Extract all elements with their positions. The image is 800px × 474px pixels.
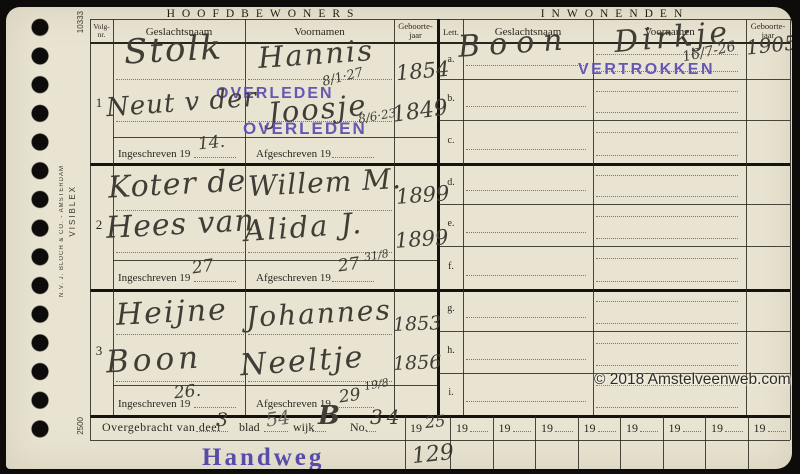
year-handwritten: 1849 bbox=[391, 97, 450, 127]
street-stamp: Handweg bbox=[202, 445, 324, 469]
rule bbox=[620, 415, 621, 469]
transfer-label-wijk: wijk bbox=[293, 420, 314, 435]
dotted-line bbox=[466, 401, 586, 402]
rule bbox=[439, 120, 790, 121]
ingeschreven-label: Ingeschreven 19 bbox=[118, 272, 190, 284]
dotted-line bbox=[596, 155, 738, 156]
dotted-leader bbox=[312, 431, 326, 432]
dotted-line bbox=[248, 79, 392, 80]
stub-brand-sub: N.V. J. BLOCH & CO. - AMSTERDAM bbox=[59, 165, 65, 297]
stub-top-code: 10333 bbox=[76, 11, 85, 33]
dotted-line bbox=[596, 365, 738, 366]
volgnr-1: 1 bbox=[92, 95, 106, 111]
dotted-leader bbox=[555, 431, 573, 432]
dotted-line bbox=[466, 149, 586, 150]
surname-handwritten: Neut v der bbox=[105, 85, 257, 121]
transfer-label-no: No. bbox=[350, 420, 368, 435]
rule bbox=[439, 246, 790, 247]
footer-year-printed: 19 bbox=[410, 421, 422, 436]
stub-brand: VISIBLEX bbox=[68, 185, 77, 237]
row-letter: i. bbox=[442, 387, 460, 398]
row-letter: a. bbox=[442, 54, 460, 65]
dotted-leader bbox=[194, 407, 236, 408]
footer-year-label: 19 bbox=[584, 421, 596, 436]
surname-handwritten: Boon bbox=[105, 343, 203, 379]
dotted-leader bbox=[366, 431, 376, 432]
rule bbox=[578, 415, 579, 469]
surname-handwritten: Hees van bbox=[105, 206, 255, 244]
ingeschreven-value: 27 bbox=[191, 258, 215, 278]
firstname-handwritten: Neeltje bbox=[239, 343, 365, 382]
footer-year-label: 19 bbox=[754, 421, 766, 436]
row-letter: h. bbox=[442, 345, 460, 356]
dotted-line bbox=[596, 175, 738, 176]
vertrokken-stamp: VERTROKKEN bbox=[578, 62, 715, 78]
year-handwritten: 1899 bbox=[394, 227, 449, 252]
firstname-handwritten: Alida J. bbox=[243, 209, 364, 246]
rule bbox=[439, 204, 790, 205]
dotted-leader bbox=[513, 431, 531, 432]
rule bbox=[705, 415, 706, 469]
transfer-value-blad: 54 bbox=[265, 408, 292, 430]
dotted-leader bbox=[196, 431, 228, 432]
footer-year-label: 19 bbox=[711, 421, 723, 436]
row-letter: f. bbox=[442, 261, 460, 272]
volgnr-2: 2 bbox=[92, 217, 106, 233]
dotted-leader bbox=[194, 157, 236, 158]
dotted-line bbox=[466, 275, 586, 276]
footer-year-label: 19 bbox=[669, 421, 681, 436]
dotted-line bbox=[466, 106, 586, 107]
transfer-value-wijk: B bbox=[318, 403, 340, 429]
dotted-line bbox=[596, 323, 738, 324]
dotted-line bbox=[466, 317, 586, 318]
copyright-watermark: © 2018 Amstelveenweb.com bbox=[594, 371, 791, 389]
surname-handwritten: Boon bbox=[457, 25, 572, 63]
row-letter: c. bbox=[442, 135, 460, 146]
rule bbox=[493, 415, 494, 469]
dotted-leader bbox=[640, 431, 658, 432]
rule bbox=[535, 415, 536, 469]
dotted-line bbox=[596, 132, 738, 133]
overleden-stamp: OVERLEDEN bbox=[243, 120, 367, 137]
year-handwritten: 1856 bbox=[393, 353, 442, 374]
rule bbox=[748, 415, 749, 469]
footer-year-label: 19 bbox=[499, 421, 511, 436]
dotted-line bbox=[596, 196, 738, 197]
footer-year-written: 25 bbox=[424, 413, 446, 431]
dotted-line bbox=[596, 54, 738, 55]
col-volgnr: Volg- nr. bbox=[91, 23, 112, 39]
rule bbox=[439, 331, 790, 332]
footer-number-below: 129 bbox=[411, 442, 455, 468]
col-left-year: Geboorte- jaar bbox=[394, 22, 437, 40]
firstname-handwritten: Willem M. bbox=[247, 165, 402, 201]
surname-handwritten: Koter de bbox=[107, 166, 247, 203]
afgeschreven-value: 27 bbox=[337, 256, 361, 276]
ingeschreven-label: Ingeschreven 19 bbox=[118, 148, 190, 160]
dotted-line bbox=[116, 334, 244, 335]
ingeschreven-value: 26. bbox=[173, 383, 202, 403]
dotted-line bbox=[596, 112, 738, 113]
rule bbox=[439, 79, 790, 80]
row-letter: b. bbox=[442, 93, 460, 104]
rule bbox=[405, 415, 406, 469]
afgeschreven-note: 19/8 bbox=[363, 377, 389, 392]
dotted-line bbox=[596, 216, 738, 217]
dotted-line bbox=[596, 343, 738, 344]
rule bbox=[113, 260, 437, 261]
rule bbox=[663, 415, 664, 469]
dotted-line bbox=[466, 65, 586, 66]
dotted-leader bbox=[332, 281, 374, 282]
dotted-line bbox=[466, 232, 586, 233]
rule bbox=[450, 415, 451, 469]
volgnr-3: 3 bbox=[92, 343, 106, 359]
dotted-leader bbox=[768, 431, 786, 432]
dotted-leader bbox=[598, 431, 616, 432]
dotted-line bbox=[116, 79, 244, 80]
year-handwritten: 1905 bbox=[745, 32, 792, 57]
dotted-line bbox=[596, 281, 738, 282]
surname-handwritten: Stolk bbox=[123, 30, 224, 69]
row-letter: g. bbox=[442, 303, 460, 314]
dotted-line bbox=[596, 407, 738, 408]
transfer-value-no: 34 bbox=[370, 407, 403, 427]
rule bbox=[90, 289, 790, 292]
transfer-label-blad: blad bbox=[239, 420, 260, 435]
dotted-leader bbox=[725, 431, 743, 432]
row-letter: e. bbox=[442, 218, 460, 229]
dotted-line bbox=[466, 359, 586, 360]
afgeschreven-label: Afgeschreven 19 bbox=[256, 272, 331, 284]
ingeschreven-value: 14. bbox=[197, 134, 226, 154]
footer-year-label: 19 bbox=[456, 421, 468, 436]
transfer-value-deel: 3 bbox=[216, 411, 228, 430]
footer-year-label: 19 bbox=[541, 421, 553, 436]
footer-year-label: 19 bbox=[626, 421, 638, 436]
dotted-line bbox=[466, 190, 586, 191]
dotted-line bbox=[596, 301, 738, 302]
register-card: 10333 VISIBLEX N.V. J. BLOCH & CO. - AMS… bbox=[6, 7, 792, 469]
afgeschreven-value: 29 bbox=[338, 387, 362, 407]
dotted-leader bbox=[683, 431, 701, 432]
dotted-line bbox=[596, 258, 738, 259]
dotted-line bbox=[248, 334, 392, 335]
dotted-leader bbox=[332, 157, 374, 158]
surname-handwritten: Heijne bbox=[115, 295, 228, 331]
firstname-handwritten: Johannes bbox=[245, 296, 392, 332]
screenshot-stage: 10333 VISIBLEX N.V. J. BLOCH & CO. - AMS… bbox=[0, 0, 800, 474]
dotted-leader bbox=[194, 281, 236, 282]
year-handwritten: 1853 bbox=[393, 314, 442, 335]
dotted-line bbox=[596, 238, 738, 239]
afgeschreven-label: Afgeschreven 19 bbox=[256, 148, 331, 160]
row-letter: d. bbox=[442, 177, 460, 188]
dotted-line bbox=[596, 71, 738, 72]
transfer-label-deel: Overgebracht van deel bbox=[102, 420, 221, 435]
dotted-line bbox=[596, 91, 738, 92]
rule bbox=[90, 19, 91, 440]
stub-bottom-code: 2500 bbox=[76, 417, 85, 435]
dotted-line bbox=[116, 252, 244, 253]
punch-holes bbox=[31, 13, 49, 444]
dotted-leader bbox=[470, 431, 488, 432]
